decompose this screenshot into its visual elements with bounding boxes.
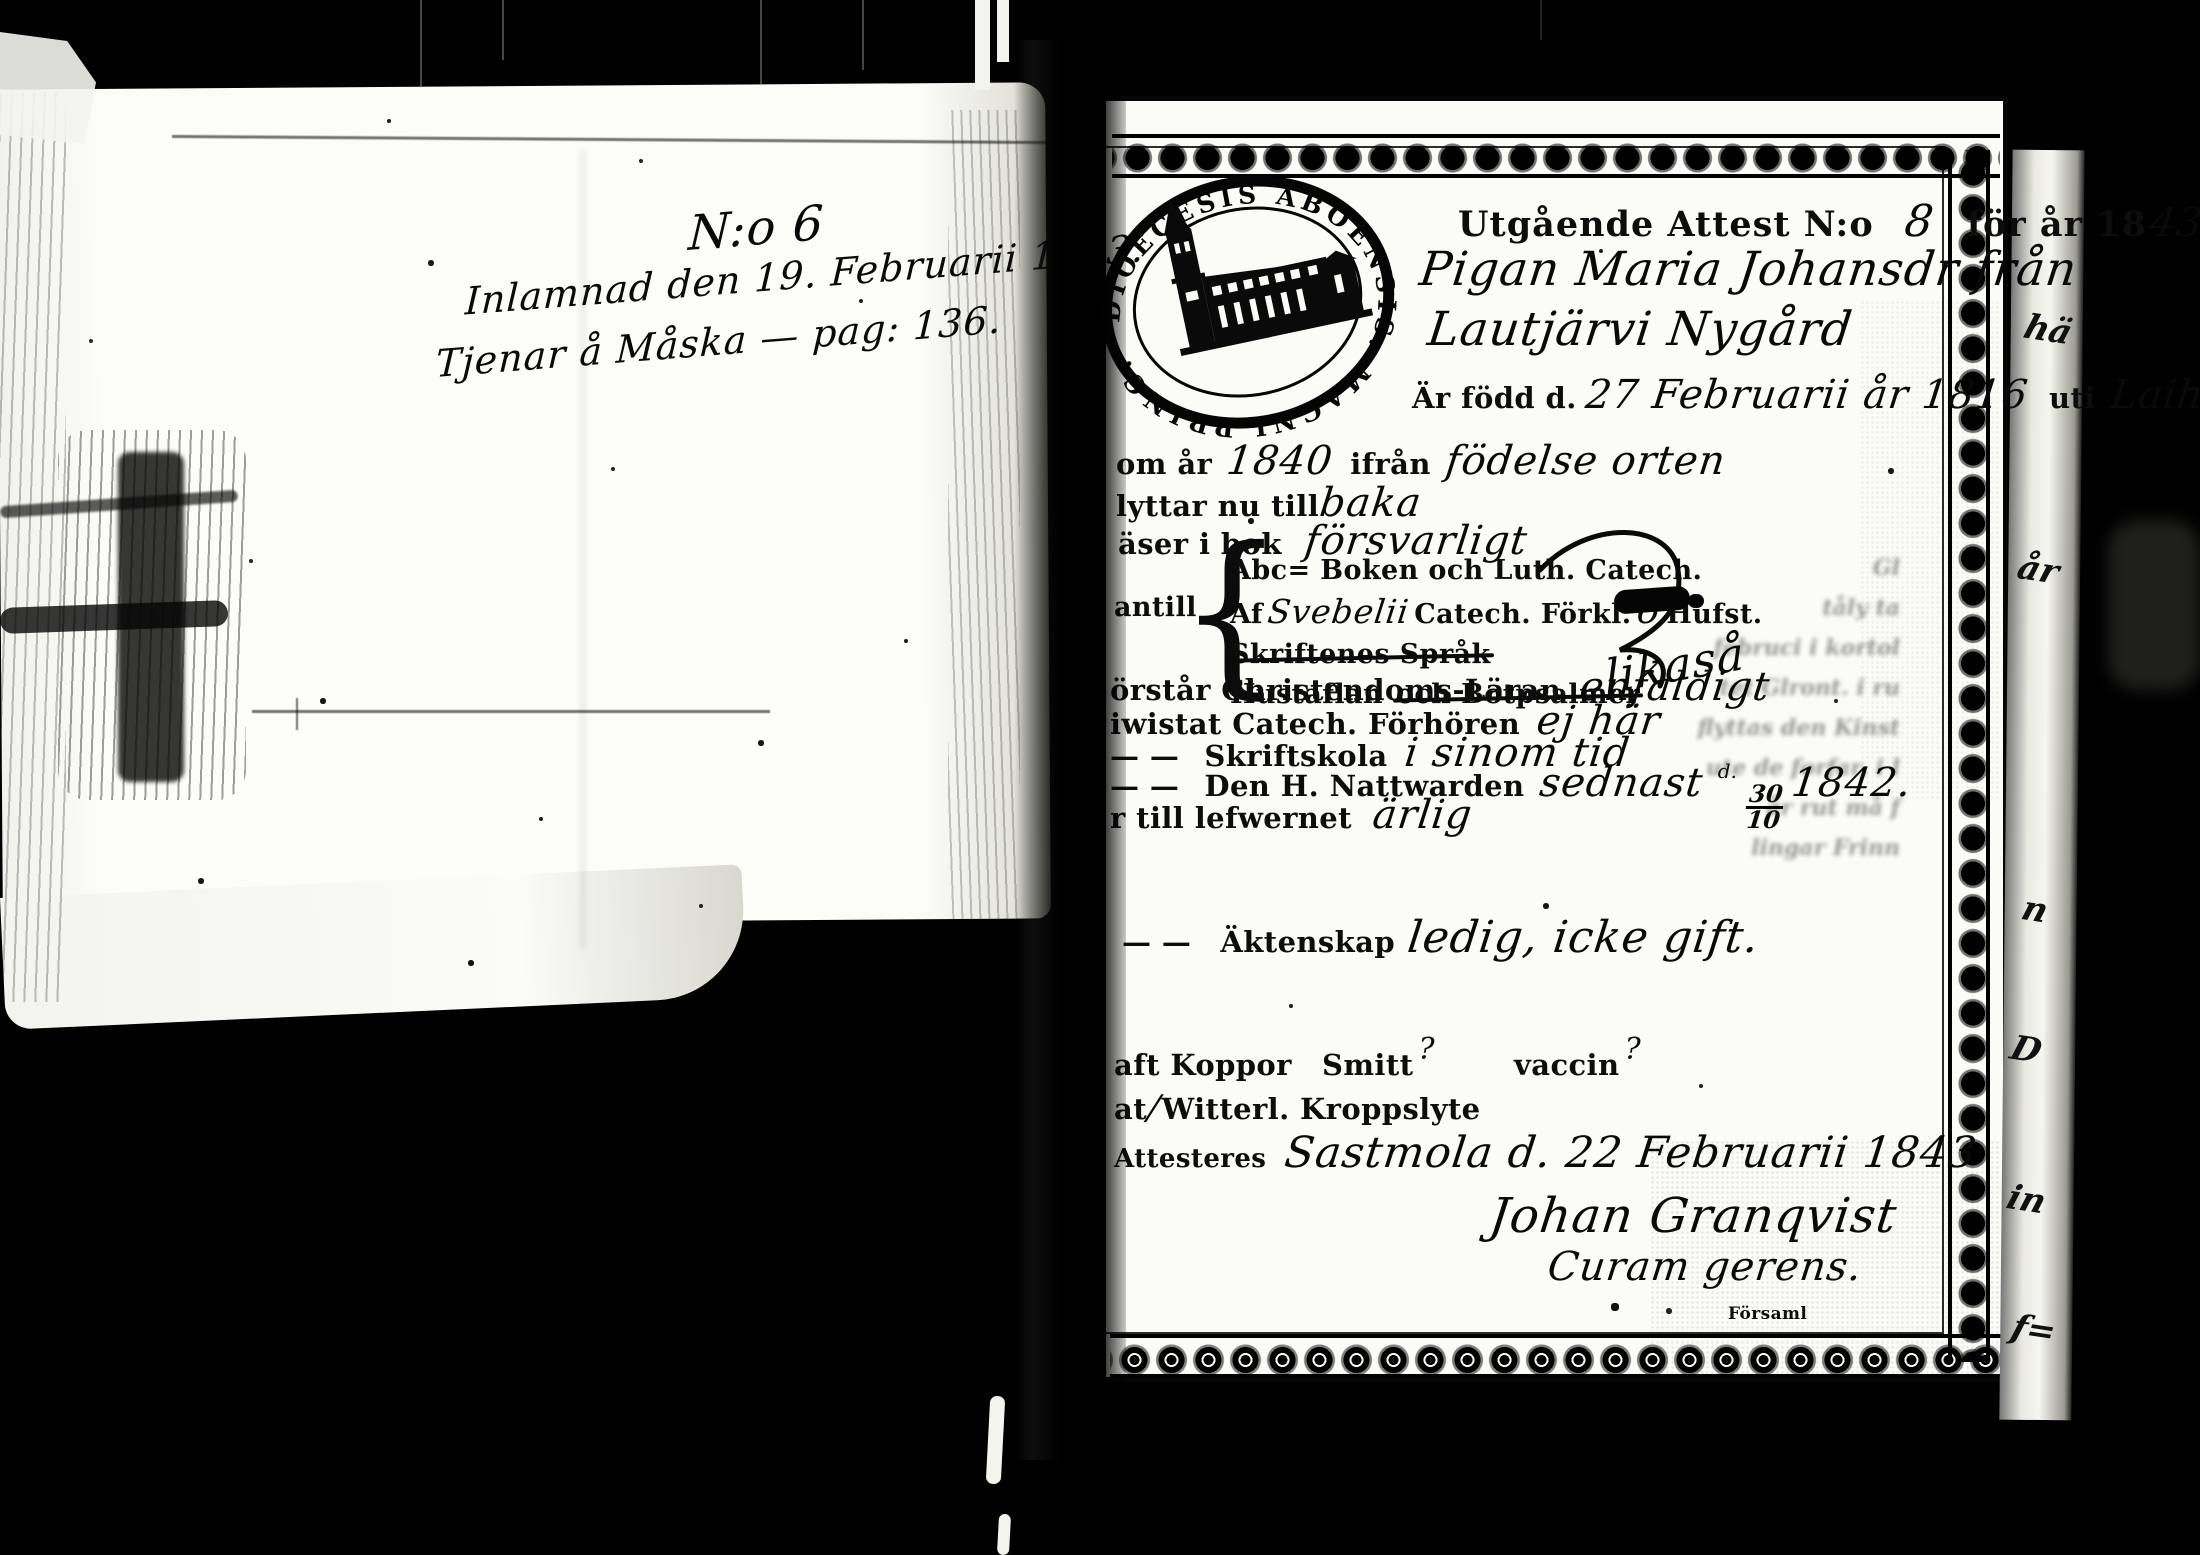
koppor-printed: aft Koppor: [1114, 1048, 1292, 1082]
pen-stroke: ∕: [1146, 1088, 1163, 1128]
nattwarden-date-fraction: 3010: [1743, 783, 1786, 832]
aktenskap-script: ledig, icke gift.: [1405, 912, 1762, 963]
signature-name: Johan Granqvist: [1487, 1188, 1901, 1244]
kroppslyte-printed2: Witterl. Kroppslyte: [1162, 1092, 1481, 1126]
attest-title: Utgående Attest N:o: [1458, 204, 1874, 245]
crease-tick: [296, 698, 298, 730]
film-scratch: [862, 0, 864, 70]
recipient-name-line2: Lautjärvi Nygård: [1425, 302, 1856, 357]
nattwarden-script1: sednast: [1537, 760, 1706, 806]
conduct-line: r till lefwernet ärlig: [1110, 792, 1472, 838]
smitt-question-mark: ?: [1419, 1032, 1435, 1067]
ink-blot-small: [1688, 594, 1704, 608]
sliver-script: f=: [2007, 1307, 2061, 1352]
nattwarden-sup: d.: [1718, 759, 1737, 783]
lefwernet-script: ärlig: [1370, 792, 1475, 838]
bodily-defect-line: at ∕ Witterl. Kroppslyte: [1114, 1088, 1480, 1128]
attest-number: 8: [1902, 196, 1937, 247]
recipient-name-line1: Pigan Maria Johansdr från: [1417, 242, 2081, 297]
born-place-script: Laihela: [2108, 372, 2200, 418]
kom-printed2: ifrån: [1350, 447, 1431, 481]
aktenskap-dashes: — —: [1122, 925, 1191, 959]
book-gutter-shadow: [1014, 40, 1126, 1460]
attestation-line: Attesteres Sastmola d. 22 Februarii 1843: [1114, 1128, 1977, 1178]
lefwernet-printed: r till lefwernet: [1110, 801, 1352, 835]
top-left-page-corner: [0, 32, 96, 144]
sliver-script: n: [2017, 889, 2053, 931]
page-edge-sliver-bottom: [986, 1396, 1006, 1485]
sliver-script: D: [2006, 1028, 2047, 1071]
page-edge-sliver-bottom: [997, 1514, 1011, 1555]
sliver-script: hä: [2019, 307, 2077, 353]
dust-specks: [0, 0, 2, 2]
page-stack-streaks: [0, 92, 66, 1002]
sliver-script: in: [2002, 1178, 2051, 1222]
handwritten-brace-curve: [1500, 500, 1760, 740]
sliver-script: år: [2013, 548, 2064, 593]
gutter-texture: [948, 110, 1020, 1050]
attest-header-line: Utgående Attest N:o 8 för år 18 43.: [1458, 196, 2200, 247]
film-scratch: [502, 0, 504, 60]
smitt-printed: Smitt: [1322, 1048, 1413, 1082]
page-edge-sliver-top: [975, 0, 990, 90]
next-page-edge: hä år n D in f=: [1999, 150, 2084, 1421]
kom-place-script: födelse orten: [1443, 438, 1728, 484]
footer-note: Församl: [1728, 1304, 1807, 1324]
kom-year-script: 1840: [1224, 438, 1335, 484]
nattwarden-script2: 1842.: [1790, 760, 1915, 806]
born-printed: Är född d.: [1412, 381, 1577, 415]
page-edge-sliver-top: [997, 0, 1009, 62]
attest-year-printed: för år 18: [1967, 204, 2147, 245]
film-scratch: [1540, 0, 1542, 40]
bleedthrough-line: lingar Frinn: [1640, 828, 1900, 868]
attest-place-date-script: Sastmola d. 22 Februarii 1843: [1282, 1128, 1980, 1178]
born-uti-printed: uti: [2049, 381, 2096, 415]
aktenskap-printed: Äktenskap: [1220, 925, 1395, 959]
marriage-line: — — Äktenskap ledig, icke gift.: [1122, 912, 1759, 963]
vaccin-question-mark: ?: [1625, 1032, 1641, 1067]
cathedral-illustration: [1149, 164, 1373, 356]
attesteres-printed: Attesteres: [1114, 1144, 1266, 1174]
signature-title: Curam gerens.: [1545, 1244, 1865, 1290]
right-edge-blob: [2108, 520, 2200, 690]
film-scratch: [420, 0, 422, 88]
born-line: Är född d. 27 Februarii år 1816 uti Laih…: [1412, 372, 2200, 418]
film-scratch: [760, 0, 762, 86]
attest-year-script: 43.: [2147, 200, 2200, 246]
born-date-script: 27 Februarii år 1816: [1583, 372, 2031, 418]
vaccin-printed: vaccin: [1514, 1048, 1619, 1082]
mid-crease-line: [252, 710, 770, 713]
scanned-book-opening: N:o 6 Inlamnad den 19. Februarii 1843. T…: [0, 0, 2200, 1555]
